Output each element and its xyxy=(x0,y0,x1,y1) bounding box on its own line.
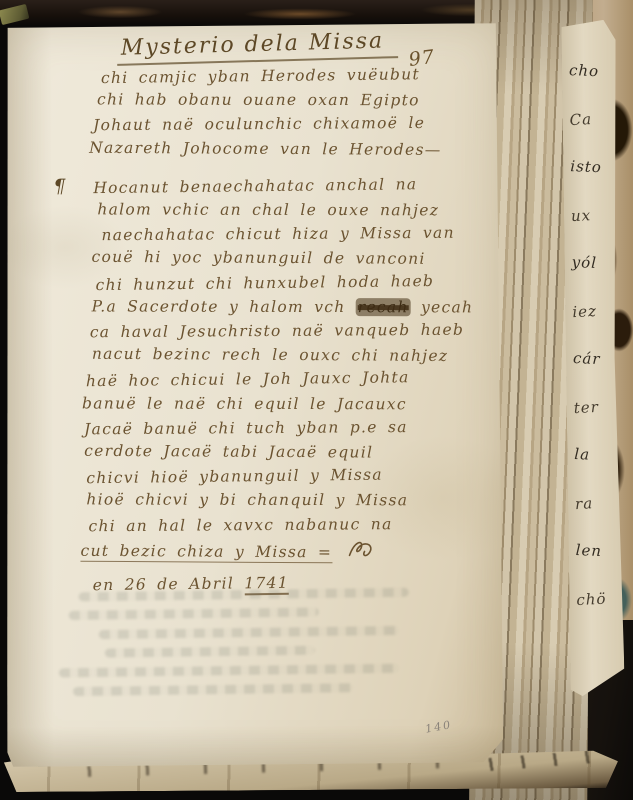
manuscript-line: banuë le naë chi equil le Jacauxc xyxy=(82,391,466,416)
page-title: Mysterio dela Missa xyxy=(116,28,398,66)
edge-text-fragment: iez xyxy=(572,301,620,321)
edge-text-fragment: chö xyxy=(576,589,624,609)
edge-text-fragment: len xyxy=(575,541,623,561)
manuscript-page: Mysterio dela Missa 97 chi camjic yban H… xyxy=(5,23,504,767)
manuscript-photo: cho Ca isto ux yól iez cár ter la ra len… xyxy=(0,0,633,800)
manuscript-line: chicvi hioë ybanunguil y Missa xyxy=(86,462,466,491)
manuscript-line: hioë chicvi y bi chanquil y Missa xyxy=(86,488,466,513)
rubric-knot-icon xyxy=(346,537,376,561)
manuscript-line: ca haval Jesuchristo naë vanqueb haeb xyxy=(90,318,466,345)
struck-word: recah xyxy=(356,298,411,316)
manuscript-line: ¶Hocanut benaechahatac anchal na xyxy=(93,171,465,200)
manuscript-text: chi camjic yban Herodes vuëubut chi hab … xyxy=(45,63,467,596)
edge-text-fragment: isto xyxy=(570,157,618,177)
edge-text-fragment: cár xyxy=(573,349,621,369)
manuscript-line: Johaut naë oculunchic chixamoë le xyxy=(93,111,465,138)
manuscript-line: chi hunzut chi hunxubel hoda haeb xyxy=(95,268,465,297)
edge-text-fragment: ter xyxy=(573,397,621,417)
edge-text-fragment: ux xyxy=(571,205,619,225)
edge-text-fragment: Ca xyxy=(569,109,617,129)
manuscript-line-text: yecah xyxy=(411,298,474,316)
bleedthrough-line xyxy=(69,607,319,619)
manuscript-line: chi an hal le xavxc nabanuc na xyxy=(88,511,466,538)
bleedthrough-line xyxy=(105,646,315,658)
bleedthrough-line xyxy=(73,683,353,696)
edge-text-fragment: yól xyxy=(571,253,619,273)
bleedthrough-line xyxy=(79,588,409,602)
bleedthrough-text xyxy=(59,579,459,704)
bleedthrough-line xyxy=(59,664,399,678)
manuscript-line: chi hab obanu ouane oxan Egipto xyxy=(97,88,465,113)
edge-text-fragment: ra xyxy=(575,493,623,513)
manuscript-line: chi camjic yban Herodes vuëubut xyxy=(101,62,465,91)
pilcrow-mark: ¶ xyxy=(53,174,67,198)
edge-text-fragment: cho xyxy=(569,61,617,81)
manuscript-line-text: P.a Sacerdote y halom vch xyxy=(92,297,356,316)
bleedthrough-line xyxy=(99,626,399,639)
manuscript-closing-line: cut bezic chiza y Missa = xyxy=(80,536,466,566)
manuscript-line-struck: P.a Sacerdote y halom vch recah yecah xyxy=(92,294,466,319)
manuscript-line-text: cut bezic chiza y Missa = xyxy=(80,542,332,564)
manuscript-line: haë hoc chicui le Joh Jauxc Johta xyxy=(86,365,466,394)
manuscript-line-text: Hocanut benaechahatac anchal na xyxy=(93,175,417,197)
manuscript-line: halom vchic an chal le ouxe nahjez xyxy=(97,197,465,222)
manuscript-line: couë hi yoc ybanunguil de vanconi xyxy=(91,245,465,271)
manuscript-line: Jacaë banuë chi tuch yban p.e sa xyxy=(84,414,466,441)
manuscript-line: Nazareth Johocome van le Herodes— xyxy=(89,135,465,161)
edge-text-fragment: la xyxy=(574,445,622,465)
manuscript-line: naechahatac chicut hiza y Missa van xyxy=(101,221,465,248)
